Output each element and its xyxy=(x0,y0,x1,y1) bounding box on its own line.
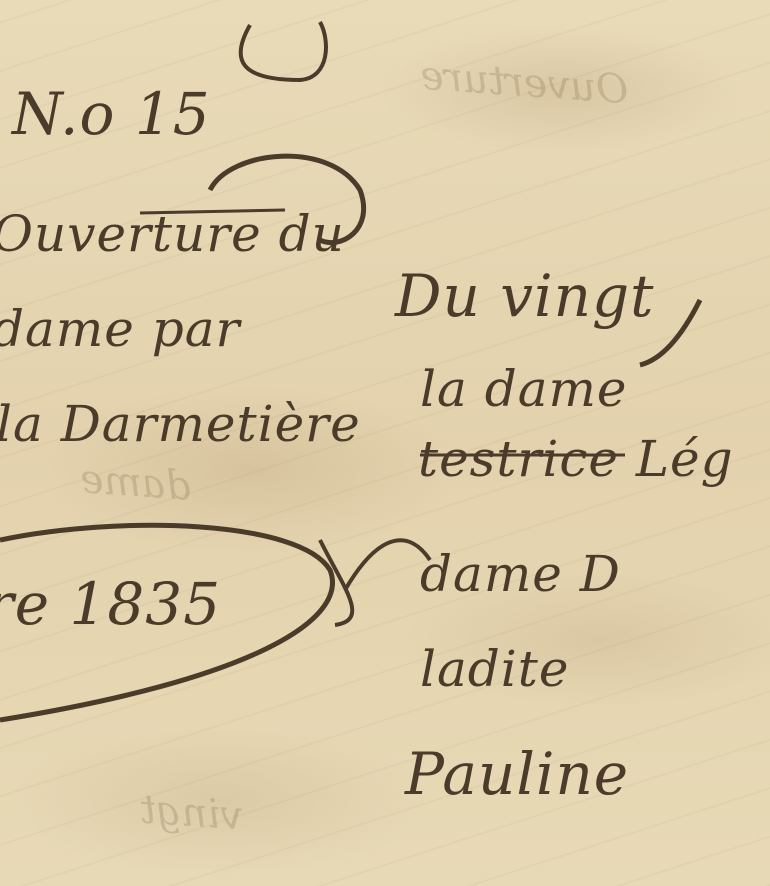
bleed-through-text: vingt xyxy=(139,786,245,839)
right-line-3: testrice Lég xyxy=(418,430,734,488)
bleed-through-text: dame xyxy=(79,456,193,510)
right-line-2: la dame xyxy=(420,360,628,418)
right-line-6: Pauline xyxy=(405,740,629,808)
left-date-line: re 1835 xyxy=(0,570,221,638)
left-line-1: Ouverture du xyxy=(0,205,345,263)
left-line-2: dame par xyxy=(0,300,240,358)
right-line-1: Du vingt xyxy=(395,262,654,330)
left-line-3: la Darmetière xyxy=(0,395,361,453)
right-line-5: ladite xyxy=(420,640,569,698)
document-number: N.o 15 xyxy=(12,80,211,148)
right-line-4: dame D xyxy=(420,545,621,603)
